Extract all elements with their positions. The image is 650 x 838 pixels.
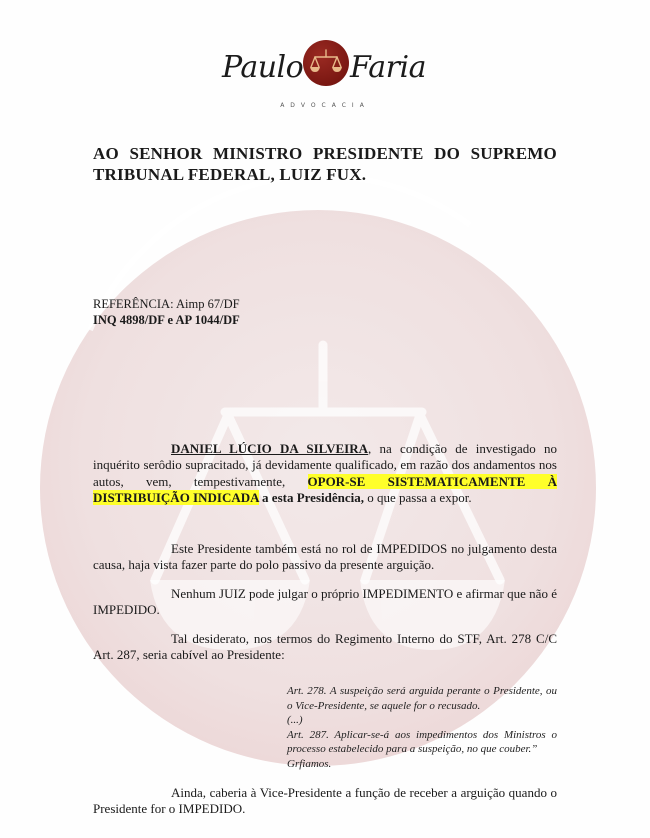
paragraph-2: Este Presidente também está no rol de IM… (93, 541, 557, 574)
quote-art-278: Art. 278. A suspeição será arguida peran… (287, 684, 557, 713)
case-numbers: INQ 4898/DF e AP 1044/DF (93, 312, 240, 328)
addressee-word: MINISTRO (213, 143, 302, 164)
scales-of-justice-icon (303, 40, 349, 86)
bold-text: a esta Presidência, (259, 490, 364, 505)
logo-name-right: Faria (350, 50, 426, 85)
addressee-word: SENHOR (129, 143, 202, 164)
quote-art-287: Art. 287. Aplicar-se-á aos impedimentos … (287, 728, 557, 757)
intro-paragraph: DANIEL LÚCIO DA SILVEIRA, na condição de… (93, 441, 557, 506)
paragraph-text: Tal desiderato, nos termos do Regimento … (93, 631, 557, 662)
logo-subtitle: ADVOCACIA (200, 102, 450, 109)
paragraph-4: Tal desiderato, nos termos do Regimento … (93, 631, 557, 664)
quote-ellipsis: (...) (287, 713, 557, 728)
addressee-heading: AO SENHOR MINISTRO PRESIDENTE DO SUPREMO… (93, 143, 557, 185)
addressee-word: PRESIDENTE (313, 143, 424, 164)
paragraph-text: Nenhum JUIZ pode julgar o próprio IMPEDI… (93, 586, 557, 617)
party-name: DANIEL LÚCIO DA SILVEIRA (171, 441, 368, 456)
firm-logo: Paulo Faria ADVOCACIA (200, 30, 450, 120)
paragraph-5: Ainda, caberia à Vice-Presidente a funçã… (93, 785, 557, 818)
paragraph-text: Ainda, caberia à Vice-Presidente a funçã… (93, 785, 557, 816)
document-page: Paulo Faria ADVOCACIA AO SENHOR M (0, 0, 650, 838)
addressee-line-1: AO SENHOR MINISTRO PRESIDENTE DO SUPREMO (93, 143, 557, 164)
intro-text-end: o que passa a expor. (364, 490, 472, 505)
reference-line: REFERÊNCIA: Aimp 67/DF (93, 296, 240, 312)
reference-block: REFERÊNCIA: Aimp 67/DF INQ 4898/DF e AP … (93, 296, 240, 328)
legal-quote: Art. 278. A suspeição será arguida peran… (287, 684, 557, 772)
logo-name-left: Paulo (222, 50, 303, 85)
paragraph-text: Este Presidente também está no rol de IM… (93, 541, 557, 572)
addressee-word: AO (93, 143, 119, 164)
paragraph-3: Nenhum JUIZ pode julgar o próprio IMPEDI… (93, 586, 557, 619)
addressee-line-2: TRIBUNAL FEDERAL, LUIZ FUX. (93, 164, 557, 185)
logo-badge (303, 40, 349, 86)
addressee-word: DO (434, 143, 460, 164)
addressee-word: SUPREMO (471, 143, 557, 164)
quote-note: Grfiamos. (287, 757, 557, 772)
